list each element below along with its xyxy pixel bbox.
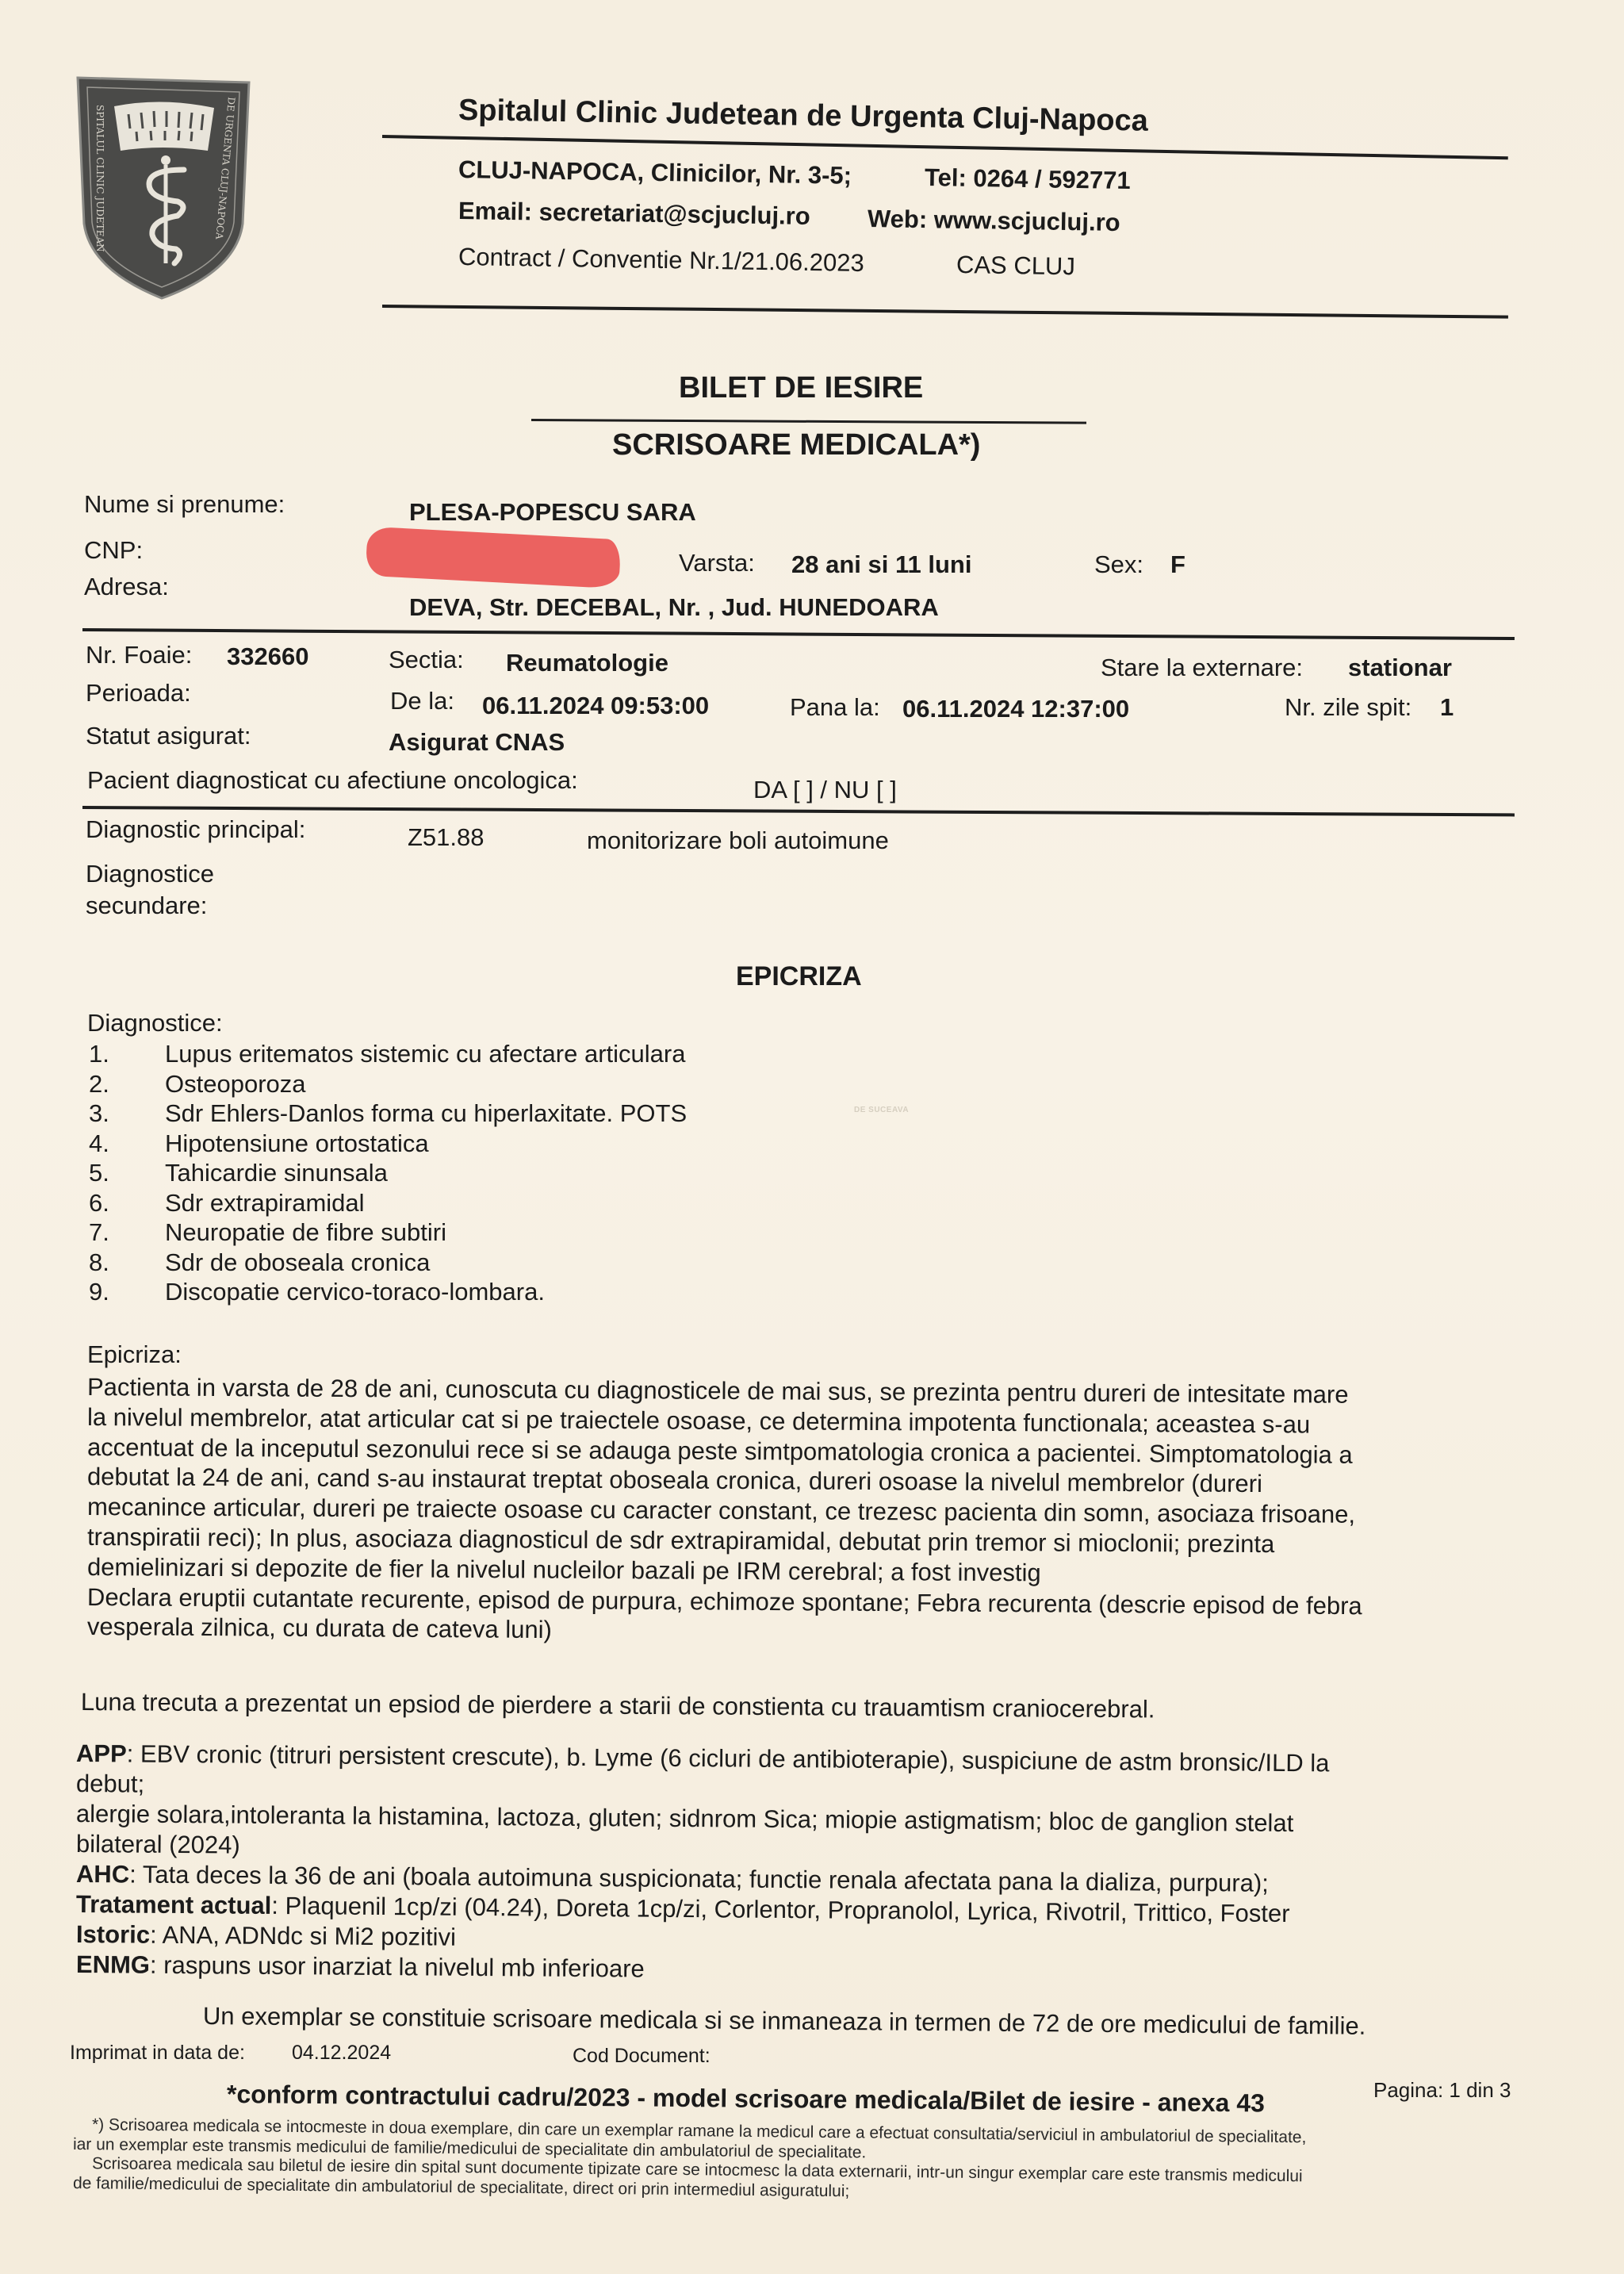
sex-label: Sex:: [1094, 550, 1143, 579]
section-value: Reumatologie: [506, 649, 668, 677]
faint-watermark: DE SUCEAVA: [854, 1106, 909, 1114]
epicriza-label: Epicriza:: [87, 1340, 182, 1369]
contract-note: *conform contractului cadru/2023 - model…: [227, 2080, 1265, 2118]
hospital-crest-icon: SPITALUL CLINIC JUDETEAN DE URGENTA CLUJ…: [73, 73, 254, 301]
period-from: 06.11.2024 09:53:00: [482, 692, 709, 720]
sheet-number: 332660: [227, 642, 308, 671]
discharge-state-label: Stare la externare:: [1101, 654, 1303, 682]
secondary-diagnosis-label: Diagnostice: [86, 860, 214, 888]
patient-sex: F: [1170, 550, 1185, 579]
document-title: BILET DE IESIRE: [679, 371, 923, 405]
sheet-label: Nr. Foaie:: [86, 641, 192, 669]
period-label: Perioada:: [86, 679, 191, 708]
list-item: 2.Osteoporoza: [89, 1069, 687, 1099]
name-label: Nume si prenume:: [84, 490, 285, 519]
svg-text:SPITALUL CLINIC JUDETEAN: SPITALUL CLINIC JUDETEAN: [94, 105, 105, 252]
from-label: De la:: [390, 687, 454, 715]
last-month-note: Luna trecuta a prezentat un epsiod de pi…: [81, 1688, 1155, 1724]
hospital-days-label: Nr. zile spit:: [1285, 693, 1411, 722]
list-item: 6.Sdr extrapiramidal: [89, 1188, 687, 1218]
list-item: 3.Sdr Ehlers-Danlos forma cu hiperlaxita…: [89, 1099, 687, 1129]
principal-diagnosis-code: Z51.88: [408, 823, 485, 852]
list-item: 9.Discopatie cervico-toraco-lombara.: [89, 1277, 687, 1307]
insurance-status: Asigurat CNAS: [389, 728, 565, 757]
diagnostics-list: 1.Lupus eritematos sistemic cu afectare …: [89, 1039, 687, 1307]
hospital-email: Email: secretariat@scjucluj.ro: [458, 197, 810, 231]
document-code-label: Cod Document:: [573, 2045, 710, 2068]
header-divider-bottom: [382, 305, 1508, 319]
hospital-name: Spitalul Clinic Judetean de Urgenta Cluj…: [458, 94, 1148, 139]
patient-age: 28 ani si 11 luni: [791, 550, 971, 579]
fine-print: *) Scrisoarea medicala se intocmeste in …: [73, 2115, 1306, 2193]
list-item: 8.Sdr de oboseala cronica: [89, 1248, 687, 1278]
hospital-days: 1: [1440, 693, 1454, 722]
age-label: Varsta:: [679, 549, 755, 577]
document-subtitle: SCRISOARE MEDICALA*): [612, 428, 980, 462]
header-divider: [382, 135, 1508, 159]
discharge-state: stationar: [1348, 654, 1452, 682]
insurance-label: Statut asigurat:: [86, 722, 251, 750]
hospital-address: CLUJ-NAPOCA, Clinicilor, Nr. 3-5;: [458, 155, 852, 190]
page-number: Pagina: 1 din 3: [1373, 2078, 1511, 2103]
epicriza-title: EPICRIZA: [736, 961, 862, 992]
principal-diagnosis-text: monitorizare boli autoimune: [587, 826, 889, 855]
copy-note: Un exemplar se constituie scrisoare medi…: [203, 2002, 1366, 2041]
secondary-diagnosis-label-2: secundare:: [86, 892, 207, 920]
oncology-checkbox: DA [ ] / NU [ ]: [753, 776, 897, 804]
diagnostics-label: Diagnostice:: [87, 1009, 223, 1037]
epicriza-paragraph: Pactienta in varsta de 28 de ani, cunosc…: [87, 1372, 1362, 1642]
printed-date: 04.12.2024: [292, 2042, 391, 2065]
list-item: 4.Hipotensiune ortostatica: [89, 1129, 687, 1159]
to-label: Pana la:: [790, 693, 880, 722]
cas-label: CAS CLUJ: [956, 251, 1075, 281]
hospital-web: Web: www.scjucluj.ro: [868, 205, 1120, 237]
section-label: Sectia:: [389, 646, 464, 674]
oncology-label: Pacient diagnosticat cu afectiune oncolo…: [87, 766, 578, 795]
list-item: 7.Neuropatie de fibre subtiri: [89, 1218, 687, 1248]
cnp-label: CNP:: [84, 536, 143, 565]
period-to: 06.11.2024 12:37:00: [902, 695, 1129, 723]
principal-diagnosis-label: Diagnostic principal:: [86, 815, 305, 844]
patient-address: DEVA, Str. DECEBAL, Nr. , Jud. HUNEDOARA: [409, 593, 939, 622]
contract-number: Contract / Conventie Nr.1/21.06.2023: [458, 243, 864, 278]
list-item: 1.Lupus eritematos sistemic cu afectare …: [89, 1039, 687, 1069]
hospital-phone: Tel: 0264 / 592771: [925, 163, 1131, 195]
address-label: Adresa:: [84, 573, 169, 601]
list-item: 5.Tahicardie sinunsala: [89, 1158, 687, 1188]
document-page: SPITALUL CLINIC JUDETEAN DE URGENTA CLUJ…: [0, 0, 1624, 2274]
cnp-redaction: [366, 527, 622, 589]
section-divider: [82, 628, 1515, 640]
patient-name: PLESA-POPESCU SARA: [409, 498, 696, 527]
printed-label: Imprimat in data de:: [70, 2042, 245, 2065]
medical-history: APP: EBV cronic (titruri persistent cres…: [76, 1739, 1330, 1980]
title-underline: [531, 419, 1086, 424]
